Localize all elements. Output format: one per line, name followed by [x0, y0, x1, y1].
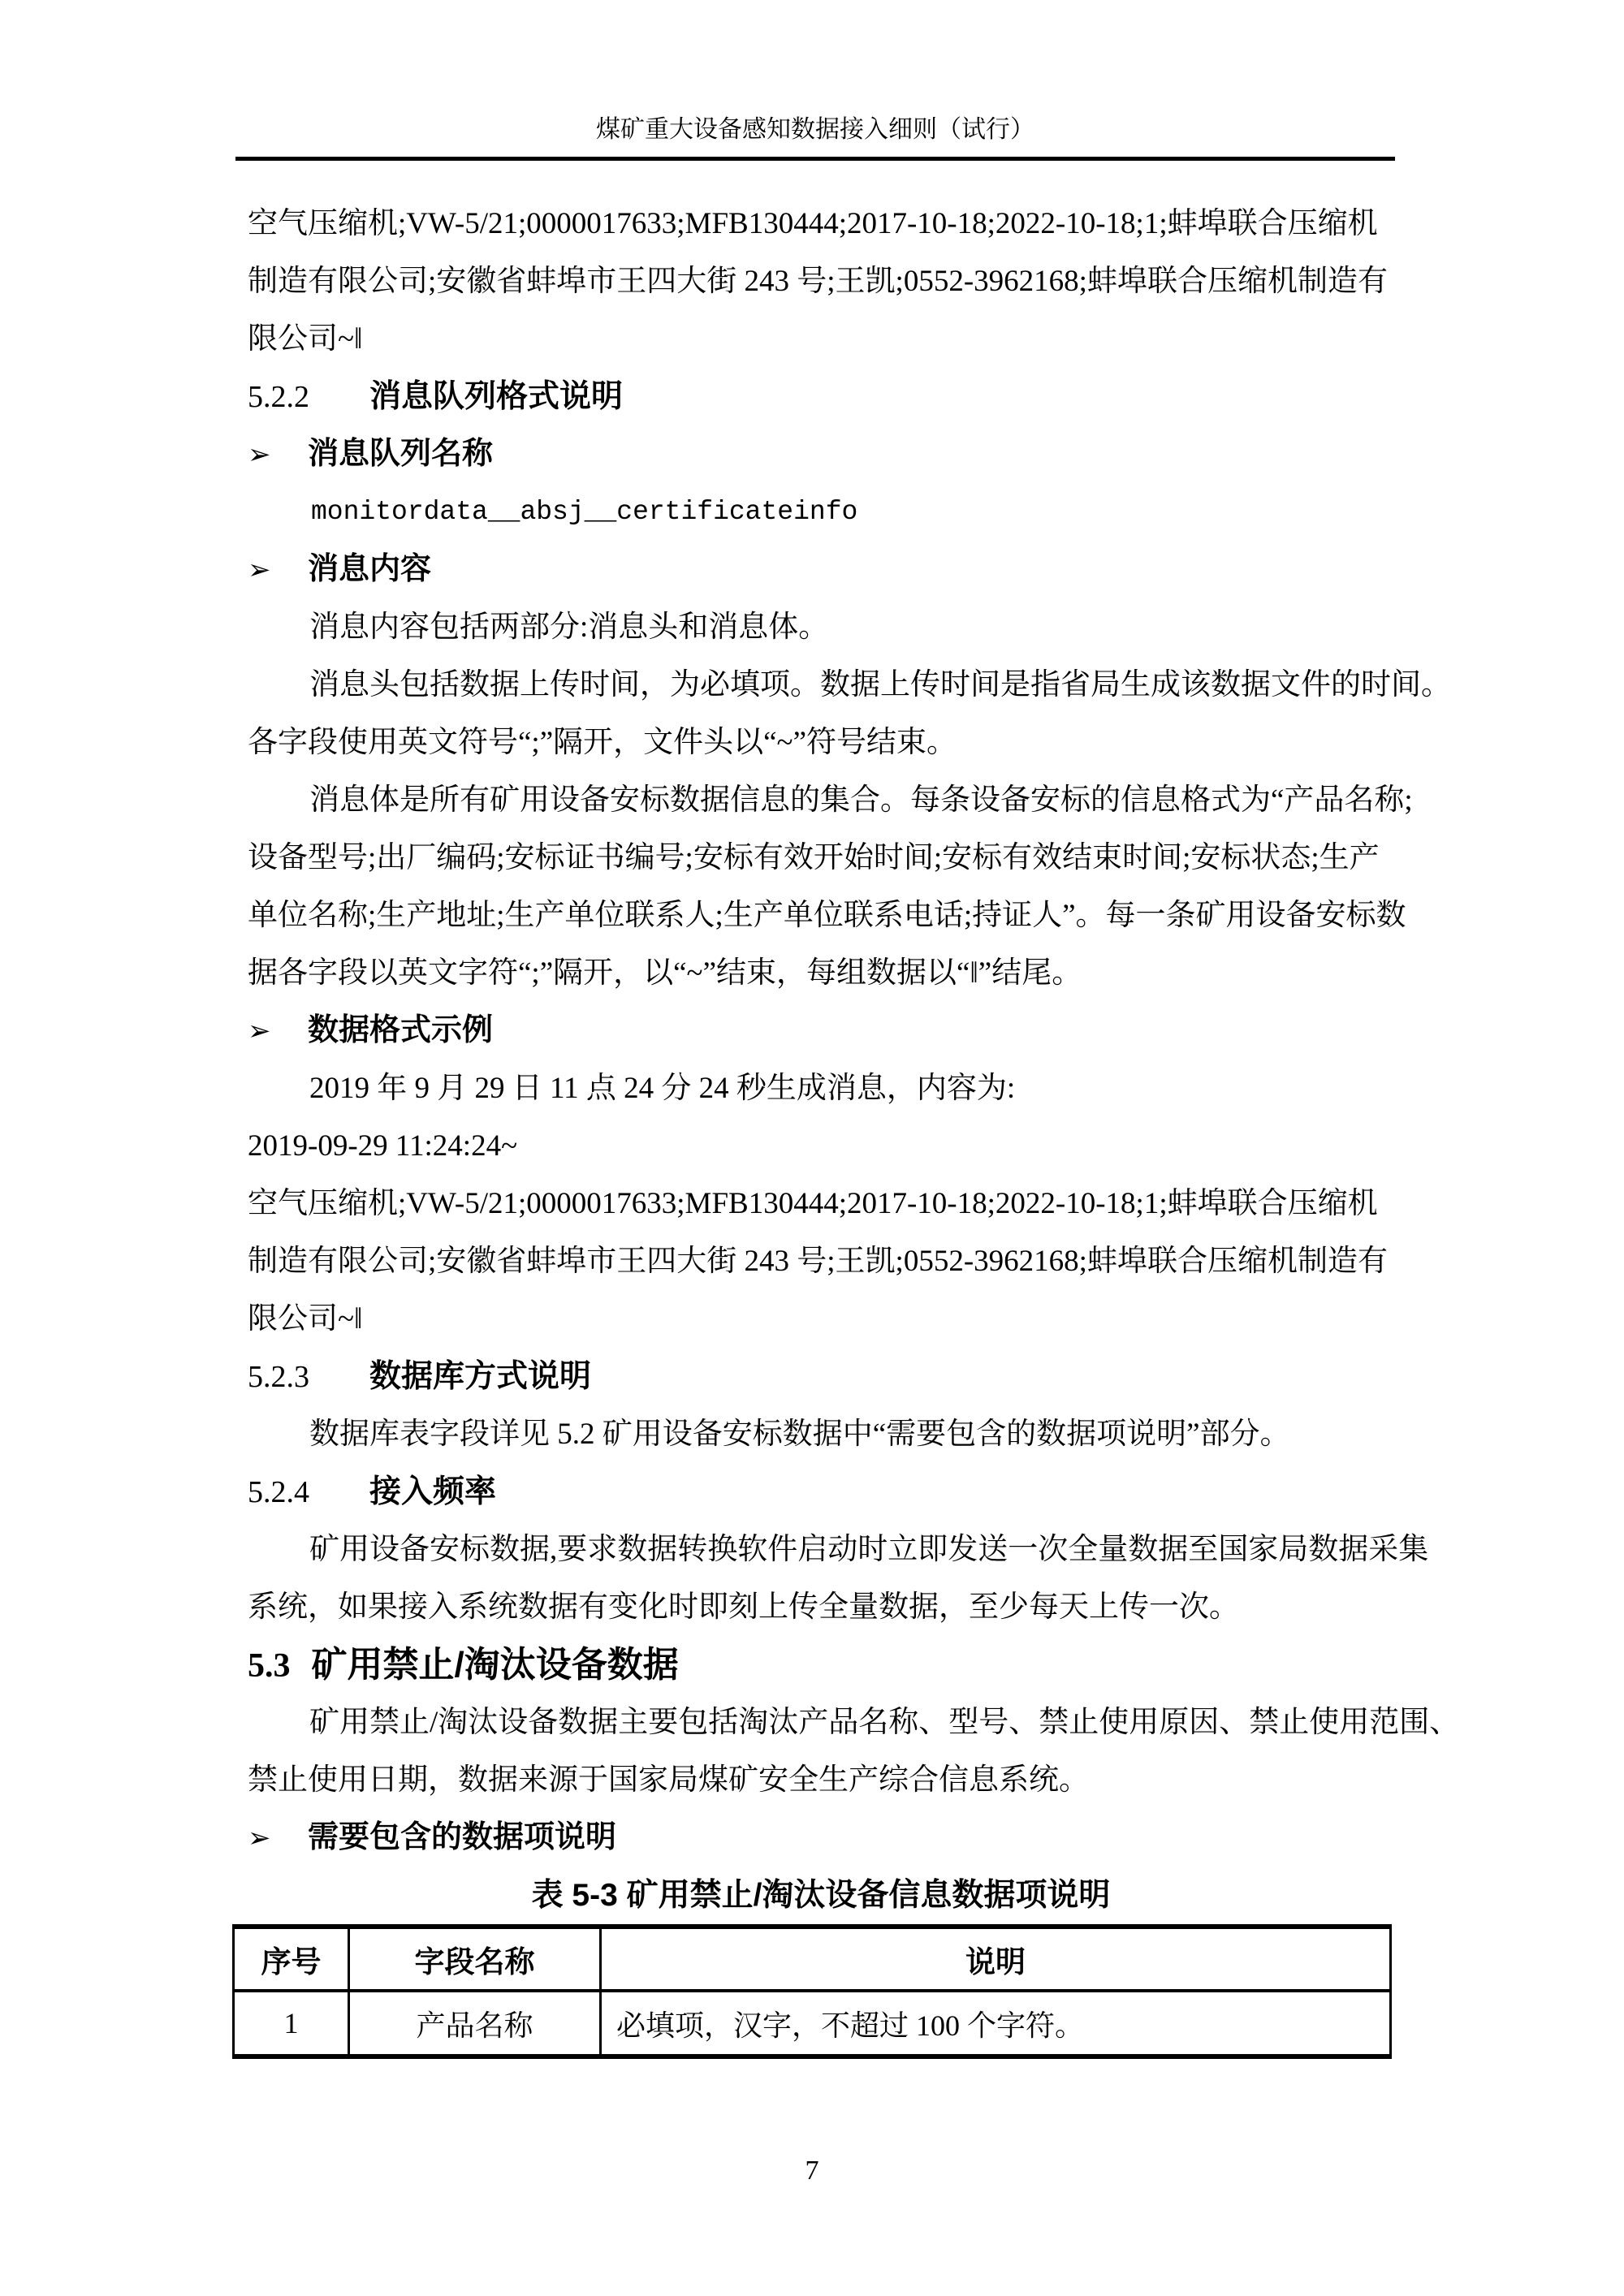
paragraph-line: 数据库表字段详见 5.2 矿用设备安标数据中“需要包含的数据项说明”部分。: [248, 1405, 1394, 1463]
table-row: 1 产品名称 必填项，汉字，不超过 100 个字符。: [234, 1991, 1391, 2056]
paragraph-line: 各字段使用英文符号“;”隔开，文件头以“~”符号结束。: [248, 714, 1394, 771]
column-header-description: 说明: [601, 1927, 1391, 1991]
paragraph-line: 消息内容包括两部分:消息头和消息体。: [248, 598, 1394, 656]
section-number: 5.2.3: [248, 1349, 369, 1406]
section-number: 5.3: [248, 1647, 291, 1685]
paragraph-line: 限公司~‖: [248, 1290, 1394, 1348]
paragraph-line: 制造有限公司;安徽省蚌埠市王四大街 243 号;王凯;0552-3962168;…: [248, 1232, 1394, 1290]
table-header-row: 序号 字段名称 说明: [234, 1927, 1391, 1991]
paragraph-line: 矿用禁止/淘汰设备数据主要包括淘汰产品名称、型号、禁止使用原因、禁止使用范围、: [248, 1694, 1394, 1751]
bullet-label: 数据格式示例: [308, 1013, 493, 1047]
section-heading-5-2-2: 5.2.2消息队列格式说明: [248, 368, 1394, 425]
cell-field-name: 产品名称: [349, 1991, 601, 2056]
paragraph-line: 消息体是所有矿用设备安标数据信息的集合。每条设备安标的信息格式为“产品名称;: [248, 771, 1394, 829]
cell-description: 必填项，汉字，不超过 100 个字符。: [601, 1991, 1391, 2056]
arrow-bullet-icon: ➢: [248, 426, 308, 484]
cell-index: 1: [234, 1991, 349, 2056]
bullet-label: 需要包含的数据项说明: [308, 1820, 616, 1854]
bullet-item-message-content: ➢消息内容: [248, 541, 1394, 598]
paragraph-line: 系统，如果接入系统数据有变化时即刻上传全量数据，至少每天上传一次。: [248, 1578, 1394, 1636]
page-number: 7: [806, 2156, 819, 2186]
section-title: 消息队列格式说明: [369, 379, 623, 414]
paragraph-line: 空气压缩机;VW-5/21;0000017633;MFB130444;2017-…: [248, 195, 1394, 252]
paragraph-line: 矿用设备安标数据,要求数据转换软件启动时立即发送一次全量数据至国家局数据采集: [248, 1521, 1394, 1578]
bullet-item-required-data-items: ➢需要包含的数据项说明: [248, 1809, 1394, 1867]
paragraph-line: 消息头包括数据上传时间，为必填项。数据上传时间是指省局生成该数据文件的时间。: [248, 656, 1394, 714]
section-number: 5.2.2: [248, 369, 369, 426]
section-title: 数据库方式说明: [369, 1359, 591, 1394]
timestamp-line: 2019-09-29 11:24:24~: [248, 1117, 1394, 1175]
paragraph-line: 空气压缩机;VW-5/21;0000017633;MFB130444;2017-…: [248, 1175, 1394, 1232]
arrow-bullet-icon: ➢: [248, 1003, 308, 1060]
section-heading-5-2-3: 5.2.3数据库方式说明: [248, 1348, 1394, 1405]
section-heading-5-2-4: 5.2.4接入频率: [248, 1463, 1394, 1521]
bullet-item-queue-name: ➢消息队列名称: [248, 425, 1394, 483]
arrow-bullet-icon: ➢: [248, 1810, 308, 1867]
paragraph-line: 2019 年 9 月 29 日 11 点 24 分 24 秒生成消息，内容为:: [248, 1060, 1394, 1117]
document-page: 煤矿重大设备感知数据接入细则（试行） 空气压缩机;VW-5/21;0000017…: [0, 0, 1624, 2296]
header-title: 煤矿重大设备感知数据接入细则（试行）: [596, 116, 1034, 143]
data-items-table: 序号 字段名称 说明 1 产品名称 必填项，汉字，不超过 100 个字符。: [232, 1924, 1392, 2059]
paragraph-line: 单位名称;生产地址;生产单位联系人;生产单位联系电话;持证人”。每一条矿用设备安…: [248, 887, 1394, 944]
column-header-field-name: 字段名称: [349, 1927, 601, 1991]
arrow-bullet-icon: ➢: [248, 542, 308, 599]
table-caption: 表 5-3 矿用禁止/淘汰设备信息数据项说明: [248, 1867, 1394, 1924]
bullet-label: 消息队列名称: [308, 437, 493, 471]
page-footer: 7: [0, 2153, 1624, 2189]
paragraph-line: 据各字段以英文字符“;”隔开，以“~”结束，每组数据以“‖”结尾。: [248, 944, 1394, 1002]
bullet-item-data-format-example: ➢数据格式示例: [248, 1002, 1394, 1060]
document-body: 空气压缩机;VW-5/21;0000017633;MFB130444;2017-…: [248, 195, 1394, 2059]
section-title: 矿用禁止/淘汰设备数据: [312, 1645, 679, 1685]
paragraph-line: 禁止使用日期，数据来源于国家局煤矿安全生产综合信息系统。: [248, 1751, 1394, 1809]
paragraph-line: 制造有限公司;安徽省蚌埠市王四大街 243 号;王凯;0552-3962168;…: [248, 252, 1394, 310]
section-heading-5-3: 5.3矿用禁止/淘汰设备数据: [248, 1636, 1394, 1694]
section-title: 接入频率: [369, 1474, 496, 1509]
column-header-index: 序号: [234, 1927, 349, 1991]
section-number: 5.2.4: [248, 1464, 369, 1521]
paragraph-line: 限公司~‖: [248, 310, 1394, 368]
queue-name-value: monitordata__absj__certificateinfo: [248, 483, 1394, 541]
page-header: 煤矿重大设备感知数据接入细则（试行）: [235, 115, 1395, 161]
bullet-label: 消息内容: [308, 552, 431, 586]
paragraph-line: 设备型号;出厂编码;安标证书编号;安标有效开始时间;安标有效结束时间;安标状态;…: [248, 829, 1394, 887]
